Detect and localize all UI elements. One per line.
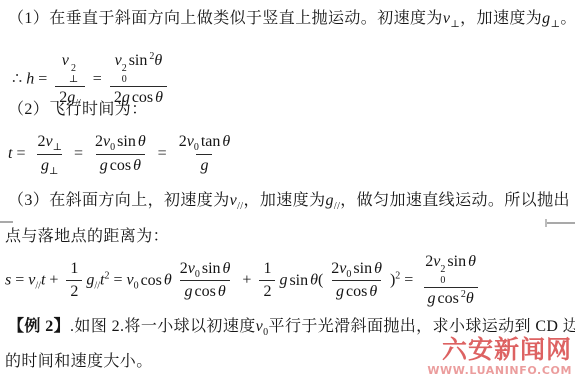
margin-marker-left <box>0 221 13 223</box>
watermark-site-name: 六安新闻网 <box>427 336 572 363</box>
paragraph-point3-wrap: 点与落地点的距离为： <box>5 226 169 248</box>
formula-distance: s = v//t + 12g//t2 = v0cosθ2v0sinθgcosθ … <box>5 252 484 310</box>
margin-marker-right <box>546 222 575 224</box>
paragraph-point2: （2）飞行时间为： <box>8 99 148 121</box>
formula-flight-time: t = 2v⊥g⊥ = 2v0sinθgcosθ = 2v0tanθg <box>8 130 238 178</box>
example2-line2: 的时间和速度大小。 <box>5 351 153 373</box>
paragraph-point1: （1）在垂直于斜面方向上做类似于竖直上抛运动。初速度为v⊥，加速度为g⊥。 <box>8 8 575 30</box>
watermark: 六安新闻网 WWW.LUANINFO.COM <box>427 336 572 377</box>
paragraph-point3: （3）在斜面方向上，初速度为v//，加速度为g//，做匀加速直线运动。所以抛出 <box>8 190 570 212</box>
margin-marker-right-tick <box>545 219 547 227</box>
document-page: （1）在垂直于斜面方向上做类似于竖直上抛运动。初速度为v⊥，加速度为g⊥。 ∴ … <box>0 0 575 388</box>
watermark-url: WWW.LUANINFO.COM <box>427 364 572 377</box>
